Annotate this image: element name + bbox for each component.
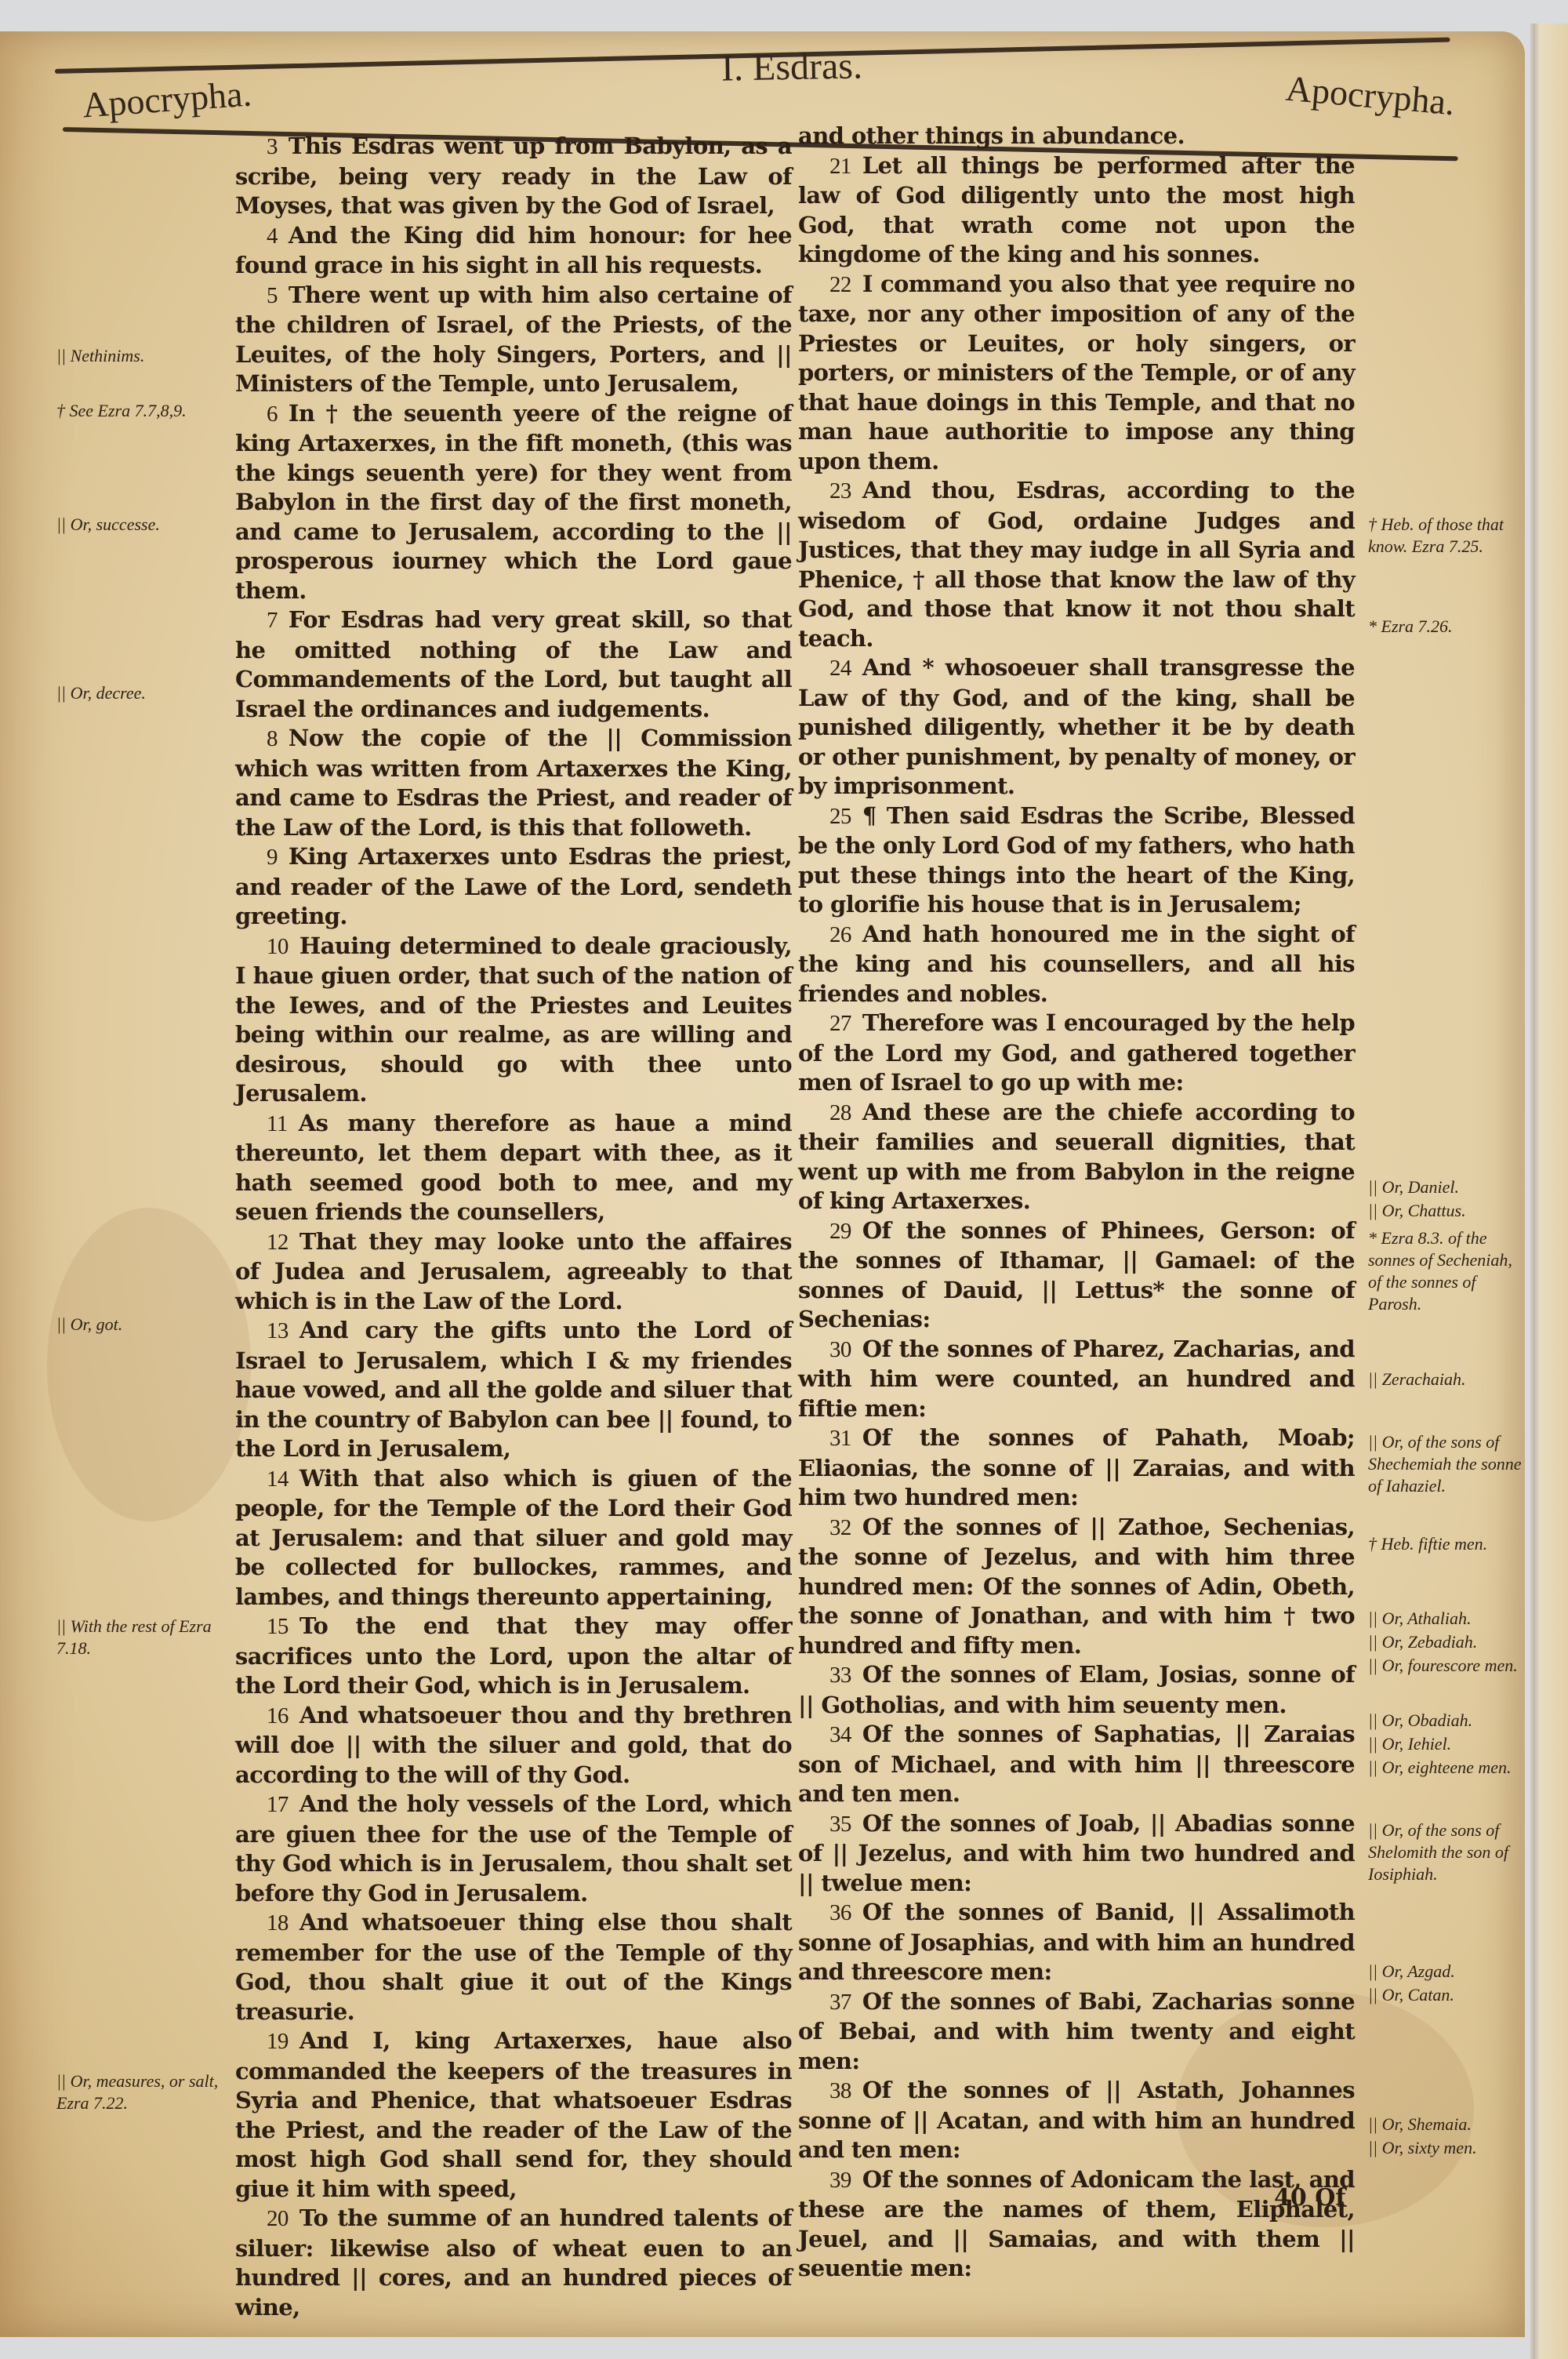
verse-text: And thou, Esdras, according to the wised… — [798, 477, 1355, 652]
paper-stain — [47, 1208, 251, 1521]
verse: 7For Esdras had very great skill, so tha… — [235, 605, 792, 724]
margin-note: || Zerachaiah. — [1368, 1369, 1525, 1390]
verse-text: Of the sonnes of Banid, || Assalimoth so… — [798, 1899, 1355, 1985]
margin-note: || Or, Shemaia. — [1368, 2114, 1525, 2135]
verse-number: 15 — [267, 1614, 289, 1639]
verse-text: Of the sonnes of Joab, || Abadias sonne … — [798, 1810, 1355, 1896]
margin-note: || Or, got. — [56, 1314, 229, 1336]
verse-text: Of the sonnes of Pahath, Moab; Eliaonias… — [798, 1424, 1355, 1510]
verse: 17And the holy vessels of the Lord, whic… — [235, 1790, 792, 1908]
verse-text: With that also which is giuen of the peo… — [235, 1465, 792, 1610]
verse: 16And whatsoeuer thou and thy brethren w… — [235, 1701, 792, 1790]
verse: 6In † the seuenth yeere of the reigne of… — [235, 399, 792, 606]
verse: 28And these are the chiefe according to … — [798, 1098, 1355, 1216]
verse: 35Of the sonnes of Joab, || Abadias sonn… — [798, 1809, 1355, 1899]
margin-note: || Or, Azgad. — [1368, 1961, 1525, 1983]
verse-number: 29 — [829, 1219, 851, 1244]
verse-text: To the end that they may offer sacrifice… — [235, 1612, 792, 1699]
verse-number: 10 — [267, 934, 289, 959]
verse: 11As many therefore as haue a mind there… — [235, 1109, 792, 1227]
catchword: 40 Of — [1274, 2184, 1345, 2212]
verse-text: ¶ Then said Esdras the Scribe, Blessed b… — [798, 802, 1355, 918]
margin-note: † Heb. fiftie men. — [1368, 1533, 1525, 1555]
verse-text: For Esdras had very great skill, so that… — [235, 606, 792, 722]
running-head-title: I. Esdras. — [721, 44, 863, 89]
margin-note: || With the rest of Ezra 7.18. — [56, 1616, 229, 1659]
verse-text: Of the sonnes of || Astath, Johannes son… — [798, 2077, 1355, 2163]
margin-note: || Or, measures, or salt, Ezra 7.22. — [56, 2070, 229, 2114]
verse-number: 3 — [267, 134, 278, 159]
verse-number: 11 — [267, 1111, 288, 1136]
verse: 5There went up with him also certaine of… — [235, 281, 792, 399]
margin-note: || Or, Daniel. — [1368, 1176, 1525, 1198]
verse-text: I command you also that yee require no t… — [798, 271, 1355, 474]
verse-number: 21 — [829, 154, 851, 179]
margin-note: || Or, of the sons of Shelomith the son … — [1368, 1819, 1525, 1885]
verse-number: 14 — [267, 1467, 289, 1492]
verse: 18And whatsoeuer thing else thou shalt r… — [235, 1908, 792, 2026]
verse-number: 6 — [267, 402, 278, 427]
margin-note: || Or, successe. — [56, 514, 229, 536]
verse-text: And cary the gifts unto the Lord of Isra… — [235, 1317, 792, 1462]
margin-note: || Or, fourescore men. — [1368, 1655, 1525, 1677]
verse-number: 27 — [829, 1011, 851, 1036]
verse-text: and other things in abundance. — [798, 122, 1185, 149]
verse: 3This Esdras went up from Babylon, as a … — [235, 132, 792, 221]
verse-number: 13 — [267, 1318, 289, 1343]
verse-number: 16 — [267, 1703, 289, 1728]
verse: 20To the summe of an hundred talents of … — [235, 2204, 792, 2322]
margin-note: || Or, Obadiah. — [1368, 1710, 1525, 1732]
verse: 23And thou, Esdras, according to the wis… — [798, 476, 1355, 653]
verse: 24And * whosoeuer shall transgresse the … — [798, 653, 1355, 801]
verse-number: 19 — [267, 2029, 289, 2054]
margin-note: || Or, eighteene men. — [1368, 1757, 1525, 1779]
verse: 37Of the sonnes of Babi, Zacharias sonne… — [798, 1987, 1355, 2077]
verse-text: Hauing determined to deale graciously, I… — [235, 932, 792, 1107]
verse: 27Therefore was I encouraged by the help… — [798, 1009, 1355, 1098]
verse-text: In † the seuenth yeere of the reigne of … — [235, 400, 792, 604]
verse-text: Of the sonnes of || Zathoe, Sechenias, t… — [798, 1514, 1355, 1659]
adjacent-page-edge — [1530, 24, 1568, 2359]
margin-note: † See Ezra 7.7,8,9. — [56, 400, 229, 422]
verse-number: 35 — [829, 1812, 851, 1837]
verse-number: 34 — [829, 1722, 851, 1747]
margin-note: || Or, Zebadiah. — [1368, 1631, 1525, 1653]
verse-number: 23 — [829, 478, 851, 503]
verse-text: As many therefore as haue a mind thereun… — [235, 1110, 792, 1226]
right-text-column: and other things in abundance.21Let all … — [798, 122, 1355, 2284]
verse: 32Of the sonnes of || Zathoe, Sechenias,… — [798, 1513, 1355, 1661]
verse-text: This Esdras went up from Babylon, as a s… — [235, 133, 792, 219]
verse-number: 22 — [829, 272, 851, 297]
verse: 31Of the sonnes of Pahath, Moab; Eliaoni… — [798, 1423, 1355, 1513]
verse-text: And the holy vessels of the Lord, which … — [235, 1790, 792, 1906]
verse-text: And * whosoeuer shall transgresse the La… — [798, 654, 1355, 799]
verse: 39Of the sonnes of Adonicam the last, an… — [798, 2165, 1355, 2284]
verse-text: And the King did him honour: for hee fou… — [235, 222, 792, 279]
verse: 14With that also which is giuen of the p… — [235, 1464, 792, 1612]
verse: 26And hath honoured me in the sight of t… — [798, 920, 1355, 1009]
verse-text: Of the sonnes of Elam, Josias, sonne of … — [798, 1661, 1355, 1718]
verse: 12That they may looke unto the affaires … — [235, 1227, 792, 1317]
verse: 19And I, king Artaxerxes, haue also comm… — [235, 2026, 792, 2204]
margin-note: * Ezra 7.26. — [1368, 616, 1525, 638]
verse-number: 33 — [829, 1663, 851, 1688]
verse-number: 4 — [267, 224, 278, 249]
verse-number: 38 — [829, 2078, 851, 2103]
margin-note: || Or, Iehiel. — [1368, 1733, 1525, 1755]
verse: 38Of the sonnes of || Astath, Johannes s… — [798, 2076, 1355, 2165]
verse-text: Of the sonnes of Phinees, Gerson: of the… — [798, 1217, 1355, 1333]
verse: 34Of the sonnes of Saphatias, || Zaraias… — [798, 1720, 1355, 1809]
margin-note: || Or, Chattus. — [1368, 1200, 1525, 1222]
verse-number: 25 — [829, 804, 851, 829]
verse-text: To the summe of an hundred talents of si… — [235, 2205, 792, 2321]
verse-number: 7 — [267, 608, 278, 633]
verse-number: 5 — [267, 283, 278, 308]
verse-text: Of the sonnes of Adonicam the last, and … — [798, 2166, 1355, 2282]
left-text-column: 3This Esdras went up from Babylon, as a … — [235, 132, 792, 2322]
verse: and other things in abundance. — [798, 122, 1355, 151]
verse: 33Of the sonnes of Elam, Josias, sonne o… — [798, 1660, 1355, 1720]
verse-text: And whatsoeuer thou and thy brethren wil… — [235, 1702, 792, 1788]
verse: 13And cary the gifts unto the Lord of Is… — [235, 1316, 792, 1464]
margin-note: † Heb. of those that know. Ezra 7.25. — [1368, 514, 1525, 558]
verse-number: 9 — [267, 845, 278, 870]
verse-text: Let all things be performed after the la… — [798, 152, 1355, 268]
verse-text: Of the sonnes of Pharez, Zacharias, and … — [798, 1336, 1355, 1422]
verse-number: 20 — [267, 2206, 289, 2231]
verse: 4And the King did him honour: for hee fo… — [235, 221, 792, 281]
verse: 29Of the sonnes of Phinees, Gerson: of t… — [798, 1216, 1355, 1335]
verse: 10Hauing determined to deale graciously,… — [235, 932, 792, 1109]
verse-number: 24 — [829, 656, 851, 681]
verse: 30Of the sonnes of Pharez, Zacharias, an… — [798, 1335, 1355, 1424]
verse: 8Now the copie of the || Commission whic… — [235, 724, 792, 842]
verse-number: 39 — [829, 2168, 851, 2193]
verse-text: Now the copie of the || Commission which… — [235, 725, 792, 841]
verse: 15To the end that they may offer sacrifi… — [235, 1612, 792, 1701]
margin-note: || Or, of the sons of Shechemiah the son… — [1368, 1431, 1525, 1497]
verse-text: And hath honoured me in the sight of the… — [798, 921, 1355, 1007]
verse-text: King Artaxerxes unto Esdras the priest, … — [235, 843, 792, 929]
verse-text: And whatsoeuer thing else thou shalt rem… — [235, 1909, 792, 2025]
verse-text: Therefore was I encouraged by the help o… — [798, 1009, 1355, 1096]
margin-note: || Or, decree. — [56, 682, 229, 704]
verse-number: 18 — [267, 1910, 289, 1936]
verse-number: 31 — [829, 1426, 851, 1451]
margin-note: || Nethinims. — [56, 345, 229, 367]
verse-text: There went up with him also certaine of … — [235, 282, 792, 398]
verse: 9King Artaxerxes unto Esdras the priest,… — [235, 842, 792, 932]
verse-number: 32 — [829, 1515, 851, 1540]
verse-number: 8 — [267, 726, 278, 751]
verse-text: Of the sonnes of Saphatias, || Zaraias s… — [798, 1721, 1355, 1807]
verse-number: 28 — [829, 1100, 851, 1125]
margin-note: || Or, sixty men. — [1368, 2137, 1525, 2159]
verse: 21Let all things be performed after the … — [798, 151, 1355, 270]
verse-number: 30 — [829, 1337, 851, 1362]
verse-number: 12 — [267, 1230, 289, 1255]
verse-number: 37 — [829, 1990, 851, 2015]
verse-number: 17 — [267, 1792, 289, 1817]
verse-text: And I, king Artaxerxes, haue also comman… — [235, 2027, 792, 2202]
verse-text: That they may looke unto the affaires of… — [235, 1228, 792, 1314]
margin-note: || Or, Athaliah. — [1368, 1608, 1525, 1630]
margin-note: || Or, Catan. — [1368, 1984, 1525, 2006]
verse: 22I command you also that yee require no… — [798, 270, 1355, 477]
verse-text: And these are the chiefe according to th… — [798, 1099, 1355, 1215]
verse: 36Of the sonnes of Banid, || Assalimoth … — [798, 1898, 1355, 1987]
verse: 25¶ Then said Esdras the Scribe, Blessed… — [798, 801, 1355, 920]
verse-number: 36 — [829, 1900, 851, 1925]
margin-note: * Ezra 8.3. of the sonnes of Secheniah, … — [1368, 1227, 1525, 1315]
verse-text: Of the sonnes of Babi, Zacharias sonne o… — [798, 1988, 1355, 2074]
verse-number: 26 — [829, 922, 851, 947]
